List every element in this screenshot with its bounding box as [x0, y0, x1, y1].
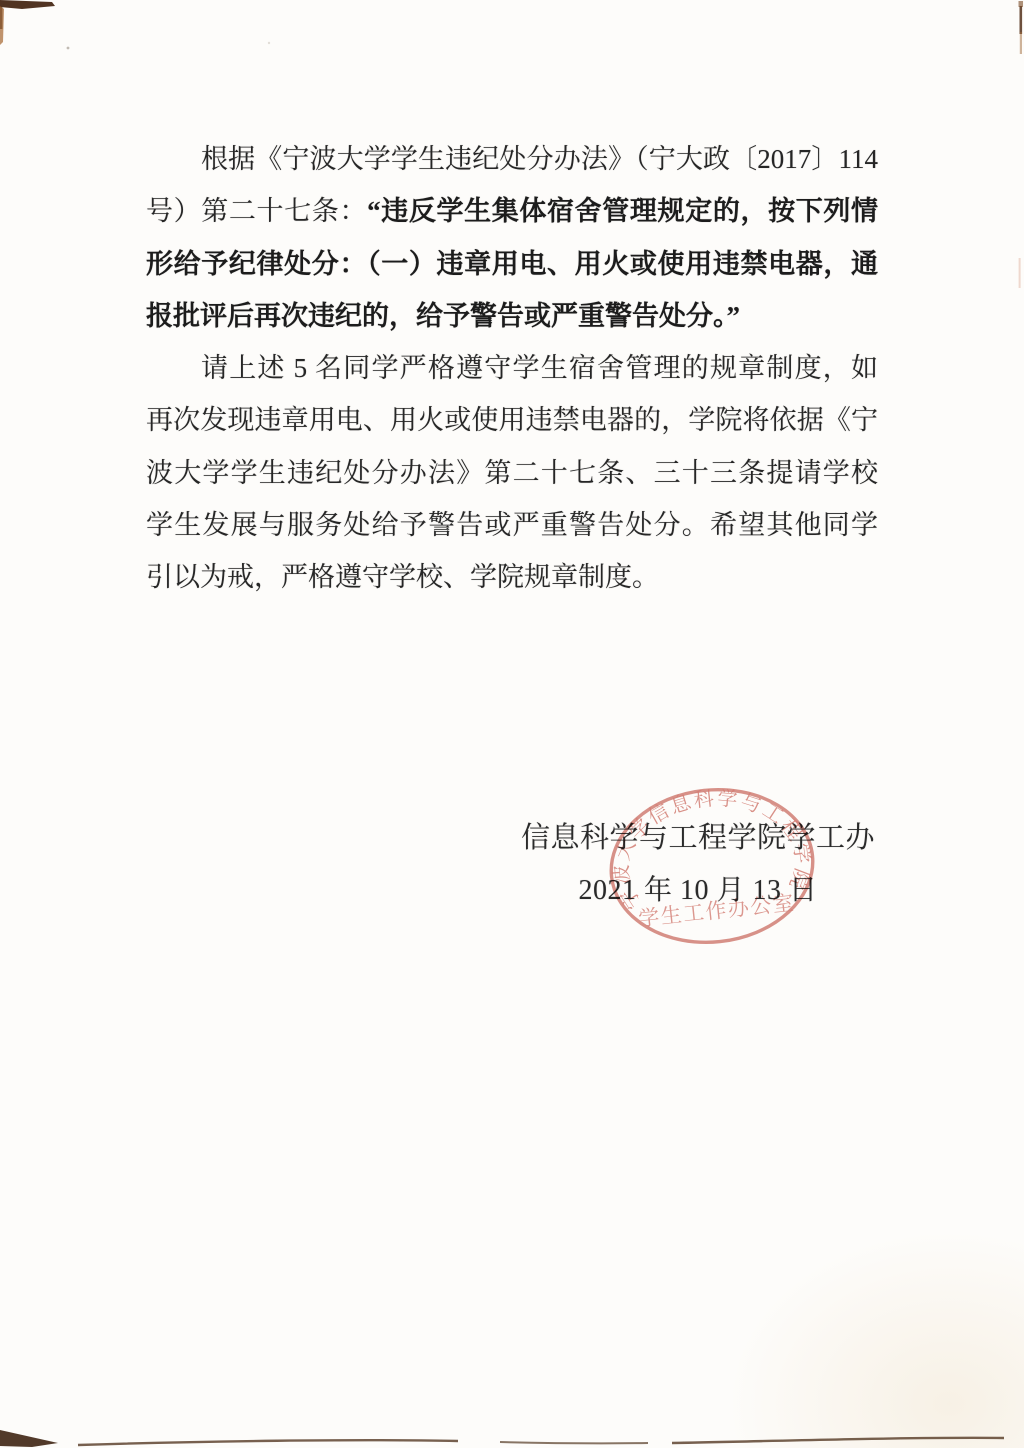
speck	[67, 47, 70, 50]
paragraph1-line1: 根据《宁波大学学生违纪处分办法》（宁大政〔2017〕114	[146, 133, 878, 185]
bottom-left-corner-wedge	[0, 1430, 58, 1447]
text-run: 再次发现违章用电、用火或使用违禁电器的，学院将依据《宁	[146, 405, 878, 435]
top-right-edge-line-dark	[1020, 6, 1023, 34]
paragraph2-line2: 再次发现违章用电、用火或使用违禁电器的，学院将依据《宁	[146, 394, 878, 446]
bottom-edge-line-1	[78, 1440, 458, 1445]
paragraph2-line5: 引以为戒，严格遵守学校、学院规章制度。	[146, 551, 878, 603]
right-edge-faint-line	[1019, 258, 1021, 288]
signature-block: 信息科学与工程学院学工办 2021 年 10 月 13 日	[518, 818, 878, 911]
text-run-bold: “违反学生集体宿舍管理规定的，按下列情	[367, 196, 878, 226]
document-body: 根据《宁波大学学生违纪处分办法》（宁大政〔2017〕114 号）第二十七条：“违…	[146, 133, 878, 604]
paragraph1-line2: 号）第二十七条：“违反学生集体宿舍管理规定的，按下列情	[146, 185, 878, 237]
top-right-edge-line-light	[1020, 32, 1022, 54]
top-left-edge-tail	[0, 6, 4, 45]
speck	[268, 42, 270, 44]
signature-org: 信息科学与工程学院学工办	[518, 818, 878, 858]
text-run: 根据《宁波大学学生违纪处分办法》（宁大政〔2017〕114	[201, 144, 878, 174]
text-run: 学生发展与服务处给予警告或严重警告处分。希望其他同学	[146, 510, 878, 540]
text-run: 请上述 5 名同学严格遵守学生宿舍管理的规章制度，如	[201, 353, 878, 383]
top-right-edge-nub	[1019, 1, 1024, 7]
paragraph1-line3: 形给予纪律处分：（一）违章用电、用火或使用违禁电器，通	[146, 238, 878, 290]
paragraph1-line4: 报批评后再次违纪的，给予警告或严重警告处分。”	[146, 290, 878, 342]
text-run-bold: 报批评后再次违纪的，给予警告或严重警告处分。”	[146, 301, 740, 331]
paragraph2-line3: 波大学学生违纪处分办法》第二十七条、三十三条提请学校	[146, 447, 878, 499]
scanned-document-page: 根据《宁波大学学生违纪处分办法》（宁大政〔2017〕114 号）第二十七条：“违…	[0, 0, 1024, 1448]
paper-stain	[724, 1228, 1024, 1448]
text-run-bold: 形给予纪律处分：（一）违章用电、用火或使用违禁电器，通	[146, 249, 878, 279]
text-run: 引以为戒，严格遵守学校、学院规章制度。	[146, 562, 659, 592]
paragraph2-line4: 学生发展与服务处给予警告或严重警告处分。希望其他同学	[146, 499, 878, 551]
top-left-edge-mark	[0, 0, 55, 9]
top-left-edge-shade	[0, 7, 2, 29]
bottom-edge-line-3	[672, 1438, 1004, 1443]
bottom-edge-line-2	[500, 1442, 648, 1443]
text-run: 波大学学生违纪处分办法》第二十七条、三十三条提请学校	[146, 458, 878, 488]
signature-date: 2021 年 10 月 13 日	[518, 871, 878, 911]
text-run: 号）第二十七条：	[146, 196, 367, 226]
paragraph2-line1: 请上述 5 名同学严格遵守学生宿舍管理的规章制度，如	[146, 342, 878, 394]
